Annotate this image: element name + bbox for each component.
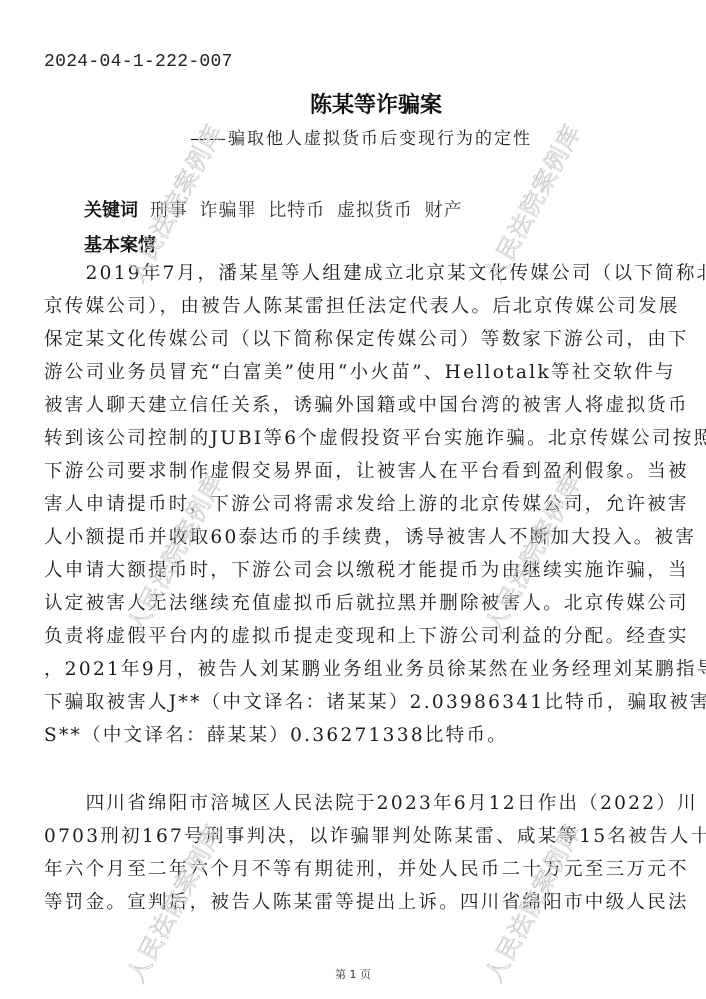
body-line: 等罚金。宣判后，被告人陈某雷等提出上诉。四川省绵阳市中级人民法	[44, 892, 689, 914]
body-line: 下游公司要求制作虚假交易界面，让被害人在平台看到盈利假象。当被	[44, 461, 689, 483]
body-line: 人小额提币并收取60泰达币的手续费，诱导被害人不断加大投入。被害	[44, 527, 696, 549]
body-line: 四川省绵阳市涪城区人民法院于2023年6月12日作出（2022）川	[44, 793, 698, 815]
body-line: 害人申请提币时，下游公司将需求发给上游的北京传媒公司，允许被害	[44, 494, 689, 516]
body-line: ，2021年9月，被告人刘某鹏业务组业务员徐某然在业务经理刘某鹏指导	[44, 659, 706, 681]
body-line: 认定被害人无法继续充值虚拟币后就拉黑并删除被害人。北京传媒公司	[44, 593, 689, 615]
body-line: 被害人聊天建立信任关系，诱骗外国籍或中国台湾的被害人将虚拟货币	[44, 395, 689, 417]
keyword: 财产	[425, 200, 463, 221]
body-line: 负责将虚假平台内的虚拟币提走变现和上下游公司利益的分配。经查实	[44, 626, 689, 648]
keywords-row: 关键词 刑事 诈骗罪 比特币 虚拟货币 财产	[84, 196, 463, 222]
document-id: 2024-04-1-222-007	[44, 52, 233, 72]
keywords-label: 关键词	[84, 200, 138, 221]
case-subtitle: ——骗取他人虚拟货币后变现行为的定性	[190, 124, 532, 149]
page-number: 第 1 页	[0, 966, 706, 982]
body-line: S**（中文译名：薛某某）0.36271338比特币。	[44, 725, 508, 747]
body-line: 转到该公司控制的JUBI等6个虚假投资平台实施诈骗。北京传媒公司按照	[44, 428, 706, 450]
keyword: 刑事	[150, 200, 188, 221]
body-line: 下骗取被害人J**（中文译名：诸某某）2.03986341比特币，骗取被害人	[44, 692, 706, 714]
keyword: 虚拟货币	[337, 200, 413, 221]
keyword: 比特币	[268, 200, 325, 221]
case-title: 陈某等诈骗案	[310, 88, 442, 119]
body-line: 0703刑初167号刑事判决，以诈骗罪判处陈某雷、咸某等15名被告人十二	[44, 826, 706, 848]
body-line: 京传媒公司），由被告人陈某雷担任法定代表人。后北京传媒公司发展	[44, 296, 680, 318]
body-line: 年六个月至二年六个月不等有期徒刑，并处人民币二十万元至三万元不	[44, 859, 689, 881]
section-heading-basic-facts: 基本案情	[84, 231, 156, 257]
body-line: 2019年7月，潘某星等人组建成立北京某文化传媒公司（以下简称北	[44, 263, 706, 285]
body-line: 人申请大额提币时，下游公司会以缴税才能提币为由继续实施诈骗，当	[44, 560, 689, 582]
keyword: 诈骗罪	[199, 200, 256, 221]
body-line: 保定某文化传媒公司（以下简称保定传媒公司）等数家下游公司，由下	[44, 329, 689, 351]
body-line: 游公司业务员冒充“白富美”使用“小火苗”、Hellotalk等社交软件与	[44, 362, 676, 384]
